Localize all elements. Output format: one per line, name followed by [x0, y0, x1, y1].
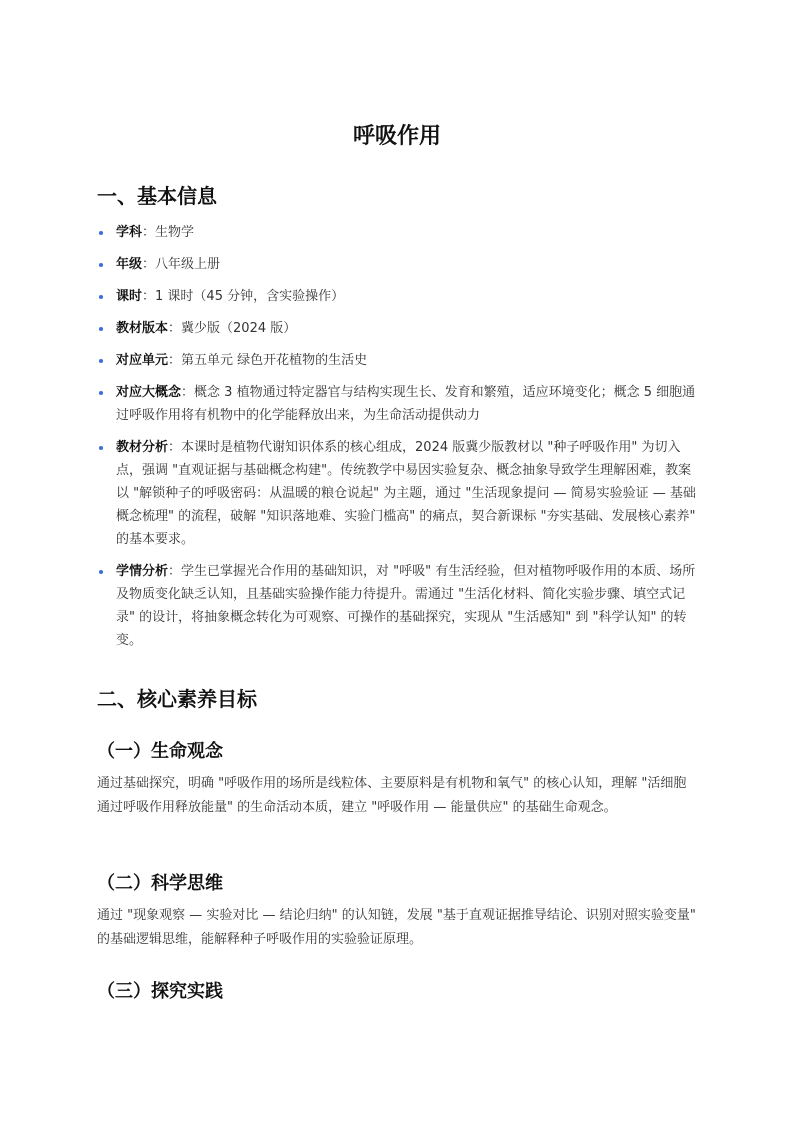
paragraph-scientific-thinking: 通过 "现象观察 — 实验对比 — 结论归纳" 的认知链，发展 "基于直观证据推… [97, 904, 697, 952]
item-label: 对应单元 [116, 353, 168, 368]
item-label: 教材分析 [116, 440, 168, 455]
bullet-icon [99, 391, 103, 395]
item-label: 年级 [116, 257, 142, 272]
basic-info-list: 学科：生物学 年级：八年级上册 课时：1 课时（45 分钟，含实验操作） 教材版… [97, 221, 697, 661]
item-value: 概念 3 植物通过特定器官与结构实现生长、发育和繁殖，适应环境变化；概念 5 细… [116, 385, 695, 423]
subsection-heading-inquiry-practice: （三）探究实践 [97, 977, 223, 1003]
list-item: 学情分析：学生已掌握光合作用的基础知识，对 "呼吸" 有生活经验，但对植物呼吸作… [97, 560, 697, 652]
bullet-icon [99, 570, 103, 574]
section-heading-basic-info: 一、基本信息 [97, 180, 217, 209]
item-sep: ： [142, 225, 155, 240]
item-sep: ： [168, 353, 181, 368]
document-title: 呼吸作用 [97, 119, 697, 150]
item-value: 冀少版（2024 版） [181, 321, 296, 336]
bullet-icon [99, 231, 103, 235]
item-sep: ： [142, 257, 155, 272]
item-label: 学科 [116, 225, 142, 240]
subsection-heading-life-concept: （一）生命观念 [97, 737, 223, 763]
item-sep: ： [168, 440, 181, 455]
item-value: 1 课时（45 分钟，含实验操作） [155, 289, 344, 304]
list-item: 对应单元：第五单元 绿色开花植物的生活史 [97, 349, 697, 372]
item-label: 教材版本 [116, 321, 168, 336]
item-label: 对应大概念 [116, 385, 181, 400]
list-item: 教材版本：冀少版（2024 版） [97, 317, 697, 340]
paragraph-life-concept: 通过基础探究，明确 "呼吸作用的场所是线粒体、主要原料是有机物和氧气" 的核心认… [97, 772, 697, 820]
item-value: 学生已掌握光合作用的基础知识，对 "呼吸" 有生活经验，但对植物呼吸作用的本质、… [116, 564, 695, 648]
item-sep: ： [181, 385, 194, 400]
list-item: 课时：1 课时（45 分钟，含实验操作） [97, 285, 697, 308]
bullet-icon [99, 446, 103, 450]
item-label: 学情分析 [116, 564, 168, 579]
section-heading-core-literacy: 二、核心素养目标 [97, 683, 257, 712]
list-item: 年级：八年级上册 [97, 253, 697, 276]
bullet-icon [99, 327, 103, 331]
item-value: 本课时是植物代谢知识体系的核心组成，2024 版冀少版教材以 "种子呼吸作用" … [116, 440, 696, 547]
item-value: 第五单元 绿色开花植物的生活史 [181, 353, 367, 368]
bullet-icon [99, 359, 103, 363]
list-item: 学科：生物学 [97, 221, 697, 244]
item-value: 生物学 [155, 225, 194, 240]
list-item: 对应大概念：概念 3 植物通过特定器官与结构实现生长、发育和繁殖，适应环境变化；… [97, 381, 697, 427]
item-value: 八年级上册 [155, 257, 220, 272]
item-label: 课时 [116, 289, 142, 304]
item-sep: ： [142, 289, 155, 304]
subsection-heading-scientific-thinking: （二）科学思维 [97, 869, 223, 895]
bullet-icon [99, 263, 103, 267]
item-sep: ： [168, 321, 181, 336]
bullet-icon [99, 295, 103, 299]
item-sep: ： [168, 564, 181, 579]
list-item: 教材分析：本课时是植物代谢知识体系的核心组成，2024 版冀少版教材以 "种子呼… [97, 436, 697, 551]
